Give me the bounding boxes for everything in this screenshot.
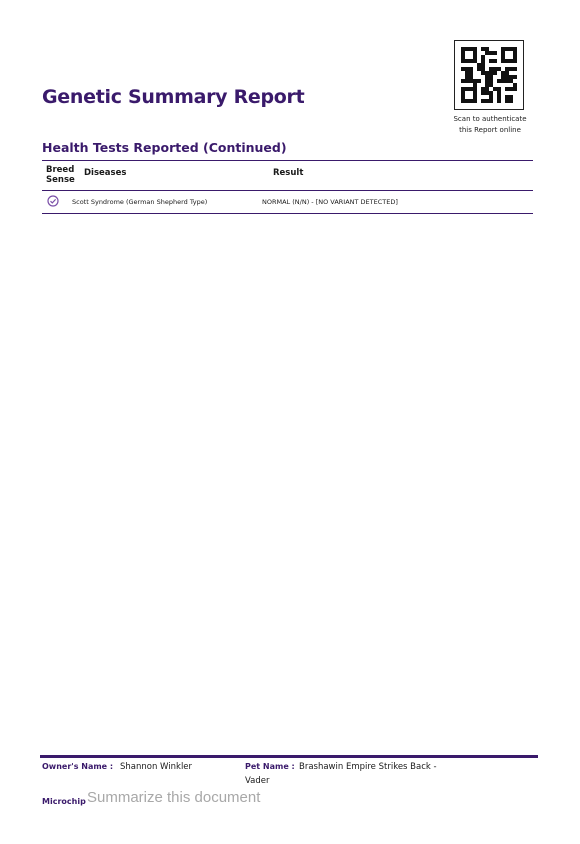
breed-sense-line-1: Breed — [46, 165, 75, 175]
column-header-result: Result — [273, 168, 303, 178]
pet-name-label: Pet Name : — [245, 762, 295, 771]
qr-code[interactable] — [454, 40, 524, 110]
qr-code-icon — [461, 47, 517, 103]
qr-caption-line-2: this Report online — [440, 125, 540, 136]
section-title: Health Tests Reported (Continued) — [42, 140, 287, 155]
summarize-prompt[interactable]: Summarize this document — [87, 789, 260, 806]
microchip-label: Microchip — [42, 797, 87, 806]
table-bottom-rule — [42, 213, 533, 214]
pet-name-value-continued: Vader — [245, 774, 269, 788]
report-title: Genetic Summary Report — [42, 86, 304, 108]
table-header-rule — [42, 190, 533, 191]
footer-rule — [40, 755, 538, 758]
column-header-diseases: Diseases — [84, 168, 126, 178]
owner-name-value: Shannon Winkler — [120, 760, 192, 774]
breed-sense-line-2: Sense — [46, 175, 75, 185]
table-top-rule — [42, 160, 533, 161]
pet-name-value: Brashawin Empire Strikes Back - — [299, 760, 437, 774]
qr-caption-line-1: Scan to authenticate — [440, 114, 540, 125]
column-header-breed-sense: Breed Sense — [46, 165, 75, 185]
table-row-disease: Scott Syndrome (German Shepherd Type) — [72, 198, 207, 206]
check-circle-icon — [47, 195, 59, 207]
qr-caption: Scan to authenticate this Report online — [440, 114, 540, 136]
owner-name-label: Owner's Name : — [42, 762, 113, 771]
table-row-result: NORMAL (N/N) - [NO VARIANT DETECTED] — [262, 198, 398, 206]
